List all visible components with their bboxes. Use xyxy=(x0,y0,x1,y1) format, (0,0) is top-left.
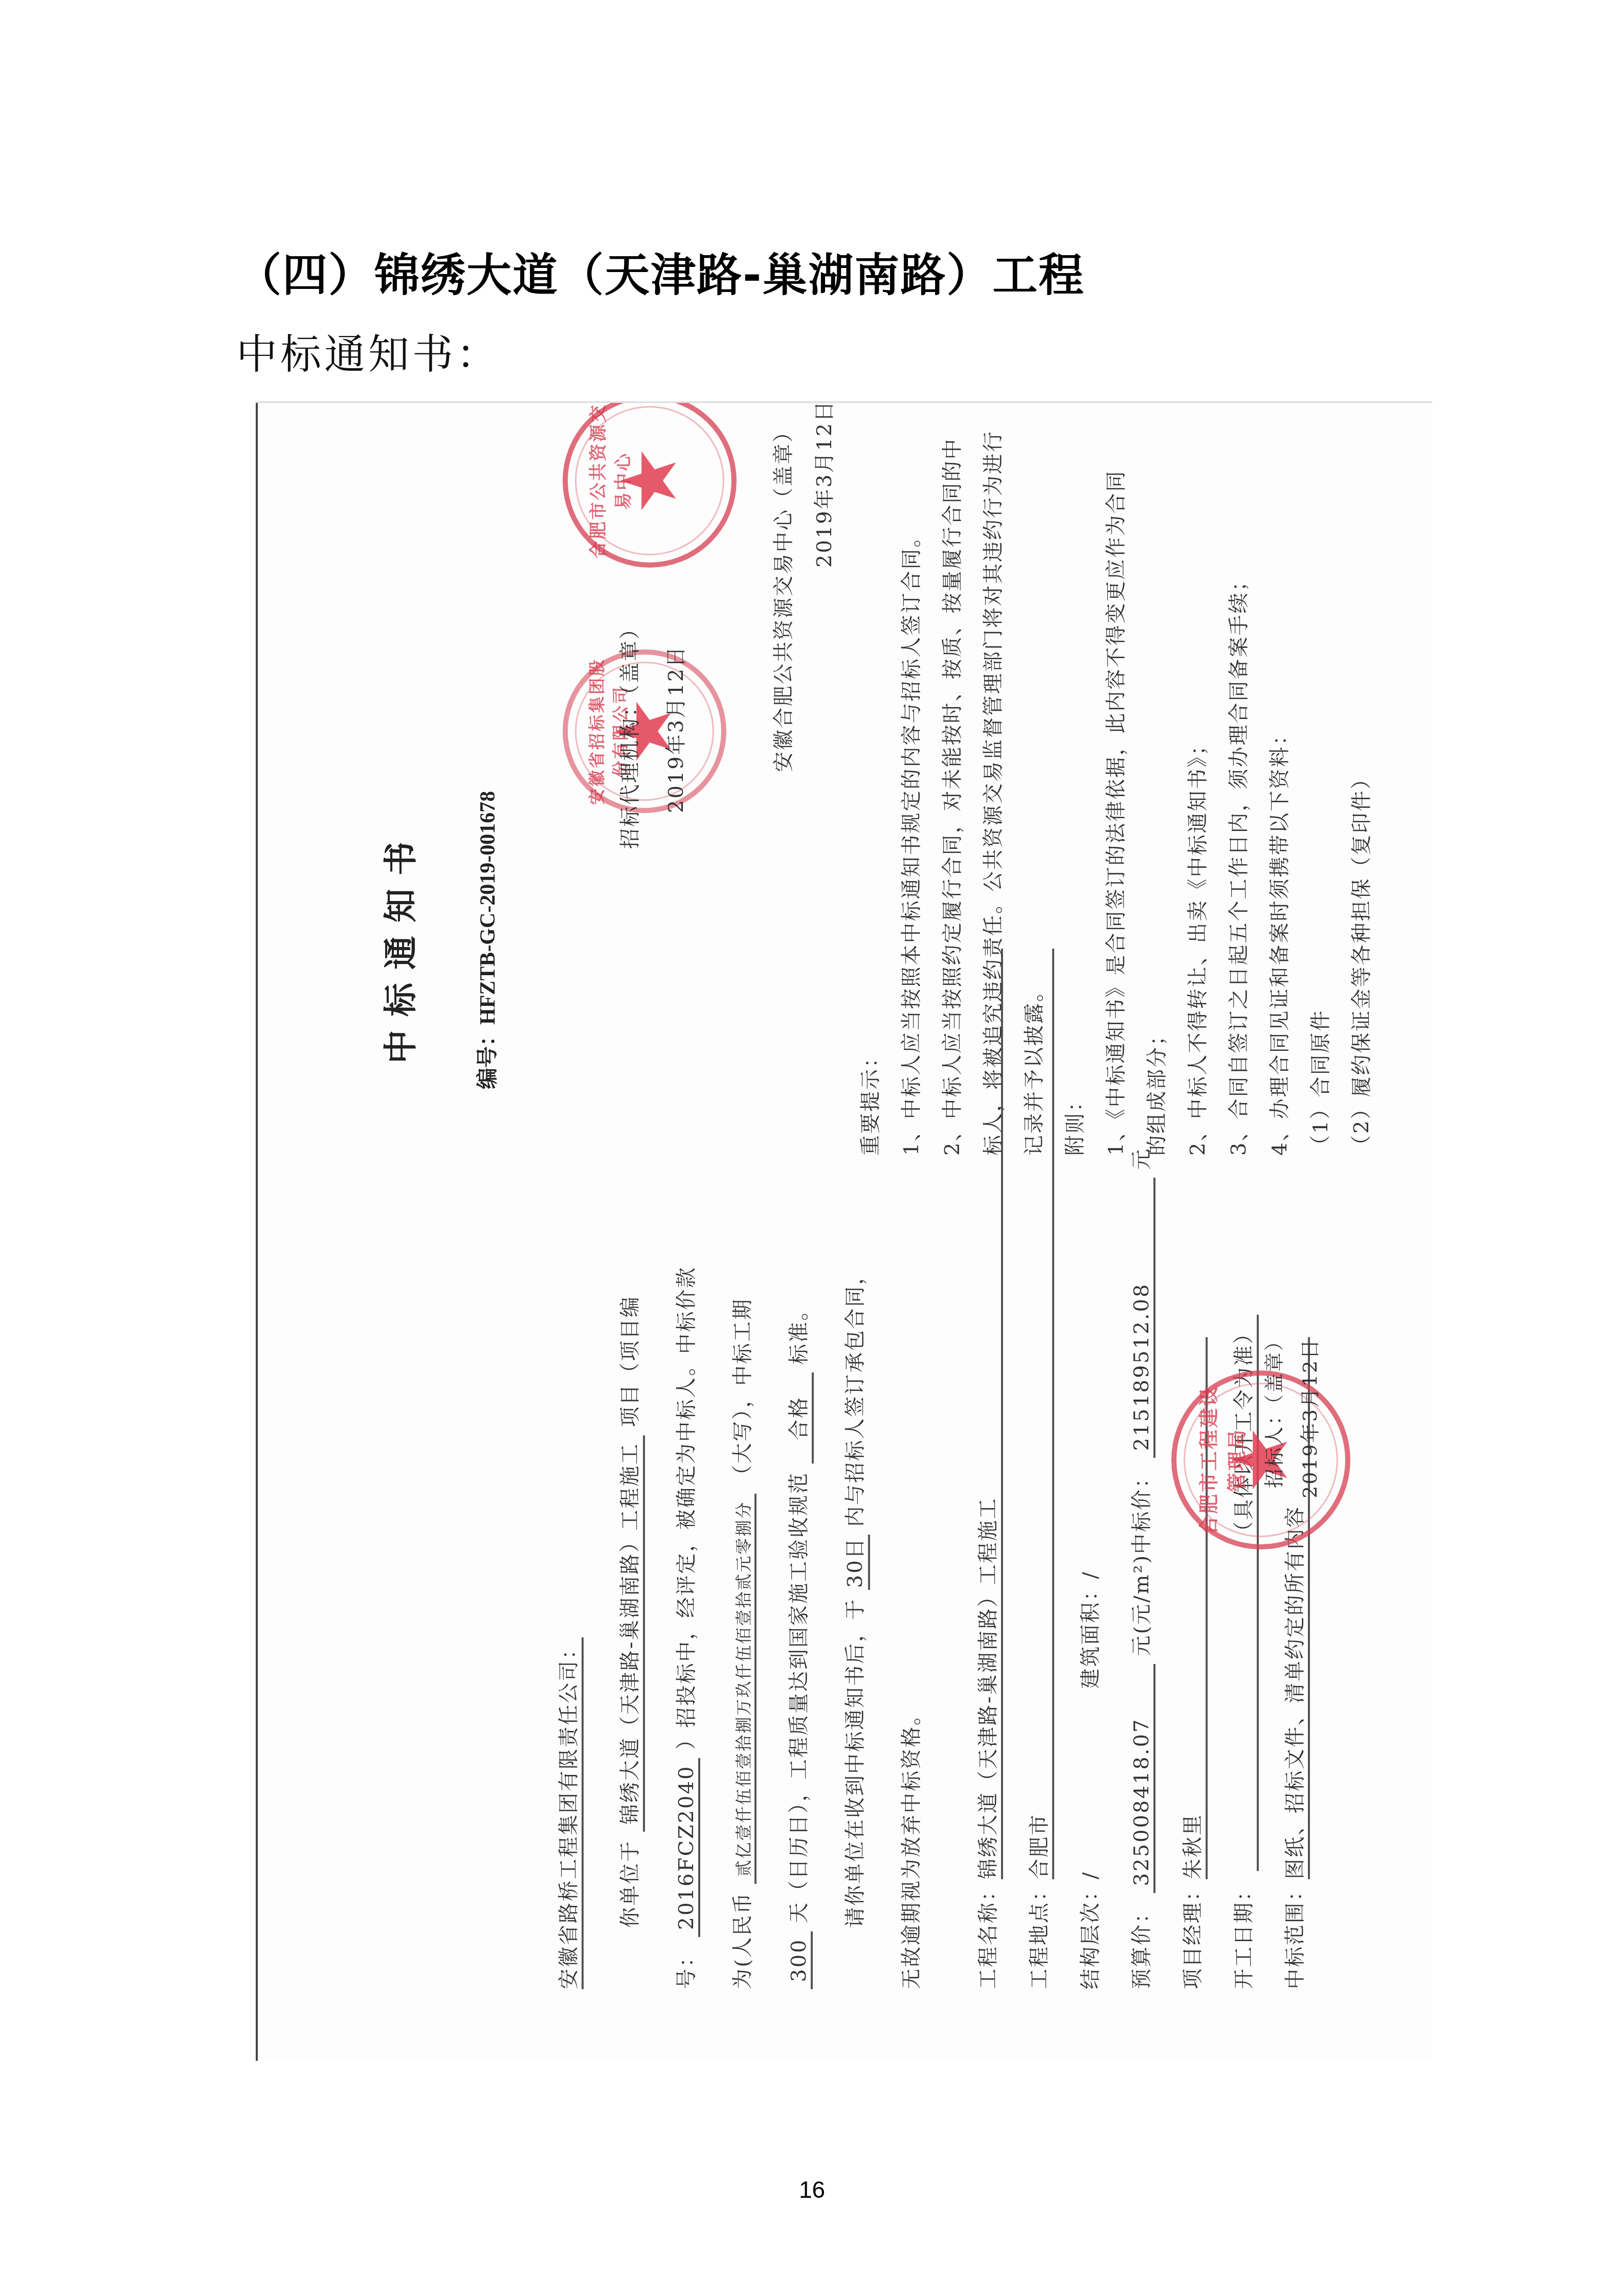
body-line-1: 你单位于 锦绣大道（天津路-巢湖南路）工程施工 项目（项目编 xyxy=(614,1295,645,1928)
body-text: 为(人民币 xyxy=(731,1892,754,1989)
field-structure: 结构层次：/ 建筑面积：/ xyxy=(1074,1570,1103,1989)
page-number: 16 xyxy=(0,2176,1624,2203)
addressee-text: 安徽省路桥工程集团有限责任公司： xyxy=(552,1637,584,1989)
body-line-6: 无故逾期视为放弃中标资格。 xyxy=(895,1703,924,1989)
body-text: ）招投标中，经评定，被确定为中标人。中标价款 xyxy=(675,1266,698,1750)
agency-stamp: 安徽省招标集团股份有限公司 ★ xyxy=(563,649,726,813)
signature-date: 2019年3月12日 xyxy=(1299,1338,1321,1498)
appendix-item: 4、办理合同见证和备案时须携带以下资料： xyxy=(1263,724,1293,1156)
tenderer-signature: 招标人：（盖章） xyxy=(1258,1330,1286,1488)
signature-label: 招标人：（盖章） xyxy=(1263,1330,1285,1488)
note-item: 1、中标人应当按照本中标通知书规定的内容与招标人签订合同。 xyxy=(895,526,924,1156)
field-label: 工程地点： xyxy=(1028,1879,1051,1989)
tenderer-date: 2019年3月12日 xyxy=(1294,1338,1322,1498)
center-date: 2019年3月12日 xyxy=(808,401,837,568)
signature-date: 2019年3月12日 xyxy=(664,645,688,813)
field-label: 项目经理： xyxy=(1181,1879,1205,1989)
center-stamp: 合肥市公共资源交易中心 ★ xyxy=(563,401,737,568)
field-label: 工程名称： xyxy=(976,1879,1000,1989)
award-price-value: 215189512.08 xyxy=(1130,1178,1155,1458)
duration-fill: 300 xyxy=(787,1931,813,1989)
field-label: 开工日期： xyxy=(1232,1879,1256,1989)
appendix-item: 的组成部分； xyxy=(1141,1024,1170,1156)
quality-fill: 合格 xyxy=(783,1372,814,1464)
notice-number-value: HFZTB-GC-2019-001678 xyxy=(476,791,500,1025)
bid-award-notice: 中标通知书 编号：HFZTB-GC-2019-001678 安徽省路桥工程集团有… xyxy=(256,401,1432,2061)
body-line-2: 号： 2016FCZ2040 ）招投标中，经评定，被确定为中标人。中标价款 xyxy=(670,1266,700,1989)
section-heading: （四）锦绣大道（天津路-巢湖南路）工程 xyxy=(236,239,1085,304)
notice-number: 编号：HFZTB-GC-2019-001678 xyxy=(471,791,501,1089)
field-unit: 元(元/m²) xyxy=(1130,1554,1153,1656)
body-text: 标准。 xyxy=(787,1298,811,1364)
budget-price-value: 325008418.07 xyxy=(1130,1664,1155,1893)
notes-heading: 重要提示： xyxy=(854,1046,883,1156)
body-text: 项目（项目编 xyxy=(618,1295,642,1427)
body-line-4: 300 天（日历日），工程质量达到国家施工验收规范 合格 标准。 xyxy=(783,1298,814,1989)
project-code-fill: 2016FCZ2040 xyxy=(675,1758,700,1938)
body-text: 你单位于 xyxy=(618,1840,642,1928)
signature-label: 安徽合肥公共资源交易中心（盖章） xyxy=(772,420,795,772)
subheading: 中标通知书： xyxy=(236,321,500,380)
body-text: 无故逾期视为放弃中标资格。 xyxy=(900,1703,923,1989)
stamp-ring-text: 合肥市工程建设管理局 xyxy=(1193,1376,1249,1544)
body-text: 号： xyxy=(675,1945,698,1989)
field-value: / xyxy=(1079,1570,1102,1579)
stamp-ring-text: 合肥市公共资源交易中心 xyxy=(584,401,634,562)
appendix-item: （1）合同原件 xyxy=(1304,1009,1333,1156)
body-text: 请你单位在收到中标通知书后，于 xyxy=(843,1598,867,1928)
appendix-heading: 附则： xyxy=(1059,1090,1088,1156)
field-prices: 预算价： 325008418.07 元(元/m²)中标价： 215189512.… xyxy=(1125,1147,1155,1989)
body-text: （大写），中标工期 xyxy=(731,1298,754,1485)
body-text: 天（日历日），工程质量达到国家施工验收规范 xyxy=(787,1472,811,1923)
contract-days-fill: 30日 xyxy=(839,1535,870,1590)
appendix-item: （2）履约保证金等各种担保（复印件） xyxy=(1345,768,1374,1156)
notice-number-label: 编号： xyxy=(476,1025,500,1089)
appendix-item: 2、中标人不得转让、出卖《中标通知书》； xyxy=(1182,734,1211,1156)
amount-words-fill: 贰亿壹仟伍佰壹拾捌万玖仟伍佰壹拾贰元零捌分 xyxy=(731,1494,757,1884)
signature-label: 招标代理机构：（盖章） xyxy=(618,617,642,849)
signature-date: 2019年3月12日 xyxy=(813,401,836,568)
field-label: 中标范围： xyxy=(1283,1879,1307,1989)
notice-title: 中标通知书 xyxy=(373,828,422,1064)
body-line-5: 请你单位在收到中标通知书后，于 30日 内与招标人签订承包合同， xyxy=(839,1263,870,1928)
body-text: 内与招标人签订承包合同， xyxy=(843,1263,867,1527)
center-signature: 安徽合肥公共资源交易中心（盖章） xyxy=(767,420,796,772)
note-item: 记录并予以披露。 xyxy=(1018,980,1047,1156)
agency-date: 2019年3月12日 xyxy=(660,645,689,813)
agency-signature: 招标代理机构：（盖章） xyxy=(614,617,643,849)
scanned-notice-image: 中标通知书 编号：HFZTB-GC-2019-001678 安徽省路桥工程集团有… xyxy=(256,401,1432,2061)
field-label: 预算价： xyxy=(1130,1901,1153,1989)
note-item: 标人，将被追究违约责任。公共资源交易监督管理部门将对其违约行为进行 xyxy=(977,430,1006,1156)
field-label: 建筑面积： xyxy=(1079,1579,1102,1689)
body-line-3: 为(人民币 贰亿壹仟伍佰壹拾捌万玖仟伍佰壹拾贰元零捌分 （大写），中标工期 xyxy=(726,1298,757,1989)
appendix-item: 1、《中标通知书》是合同签订的法律依据，此内容不得变更应作为合同 xyxy=(1100,470,1129,1156)
field-label: 结构层次： xyxy=(1079,1879,1102,1989)
project-name-fill: 锦绣大道（天津路-巢湖南路）工程施工 xyxy=(614,1435,645,1832)
note-item: 2、中标人应当按照约定履行合同，对未能按时、按质、按量履行合同的中 xyxy=(936,438,965,1156)
field-value: / xyxy=(1079,1871,1102,1879)
field-label: 中标价： xyxy=(1130,1466,1153,1554)
addressee: 安徽省路桥工程集团有限责任公司： xyxy=(552,1637,584,1989)
appendix-item: 3、合同自签订之日起五个工作日内，须办理合同备案手续； xyxy=(1222,570,1252,1156)
